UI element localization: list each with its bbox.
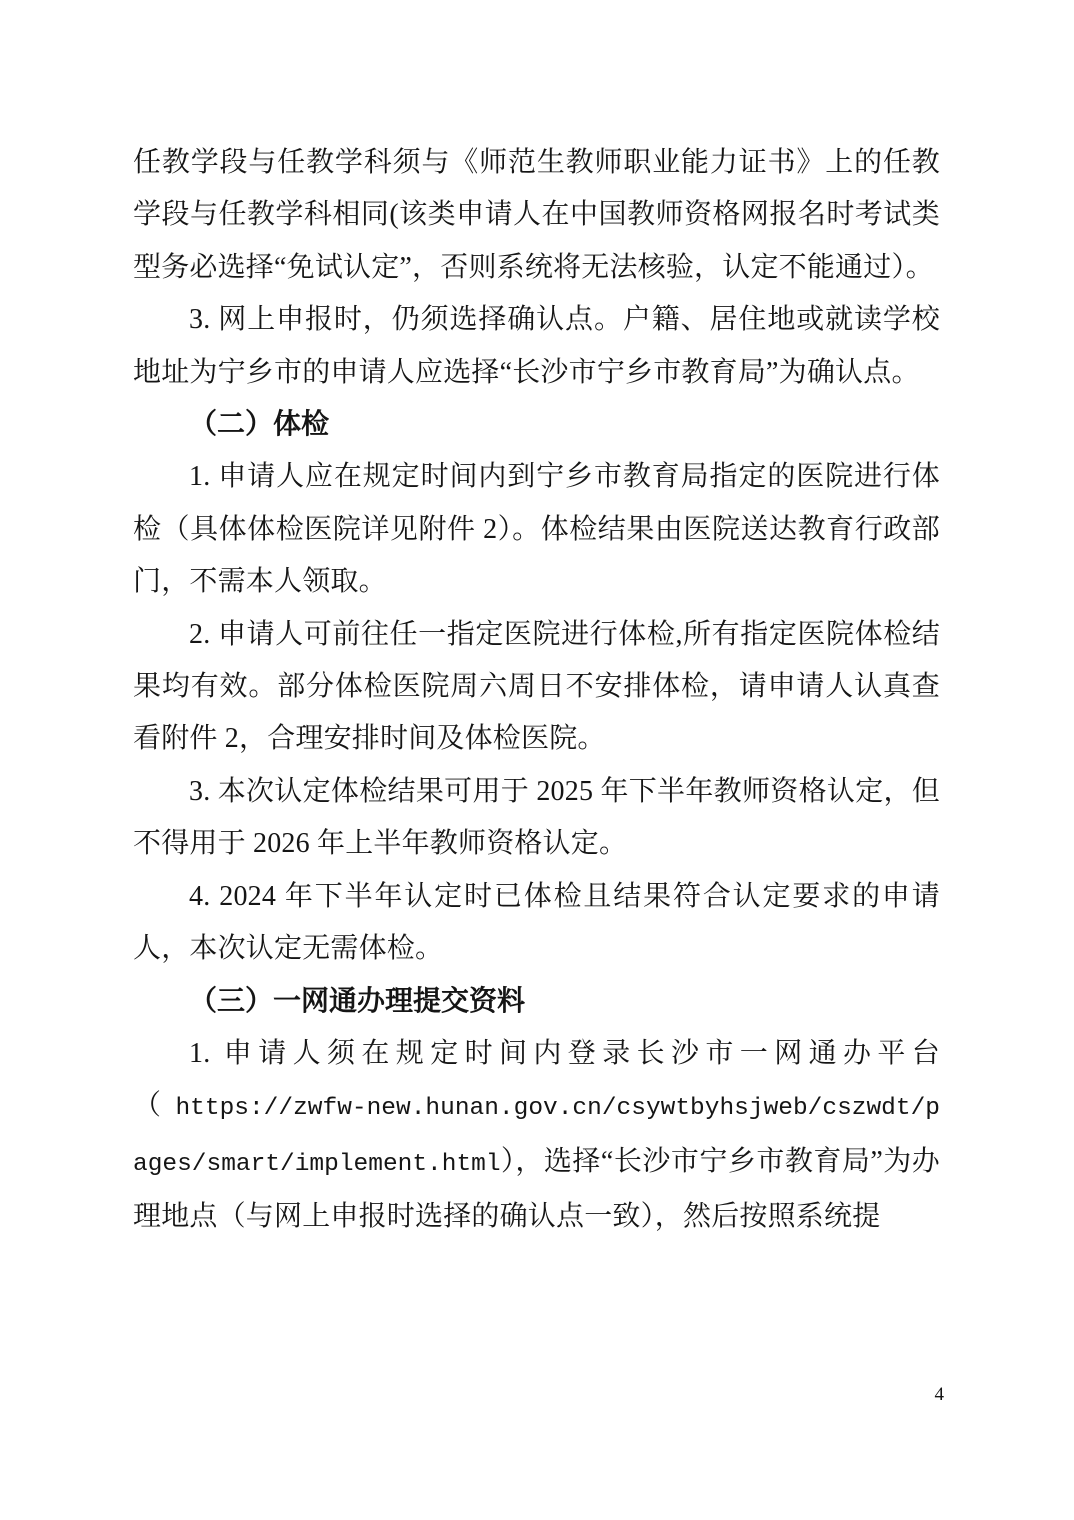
para-2024-exam-exemption: 4. 2024 年下半年认定时已体检且结果符合认定要求的申请人，本次认定无需体检… — [133, 871, 940, 976]
para-yiwangtong-platform: 1. 申请人须在规定时间内登录长沙市一网通办平台（https://zwfw-ne… — [133, 1028, 940, 1244]
para-any-designated-hospital: 2. 申请人可前往任一指定医院进行体检,所有指定医院体检结果均有效。部分体检医院… — [133, 609, 940, 766]
document-page: 任教学段与任教学科须与《师范生教师职业能力证书》上的任教学段与任教学科相同(该类… — [0, 0, 1074, 1520]
url-open-paren: （ — [133, 1090, 175, 1121]
document-body: 任教学段与任教学科须与《师范生教师职业能力证书》上的任教学段与任教学科相同(该类… — [133, 137, 940, 1244]
para-exam-result-validity: 3. 本次认定体检结果可用于 2025 年下半年教师资格认定，但不得用于 202… — [133, 766, 940, 871]
para-online-application-confirm-point: 3. 网上申报时，仍须选择确认点。户籍、居住地或就读学校地址为宁乡市的申请人应选… — [133, 294, 940, 399]
para-designated-hospital-exam: 1. 申请人应在规定时间内到宁乡市教育局指定的医院进行体检（具体体检医院详见附件… — [133, 451, 940, 608]
heading-section-3-submit-materials: （三）一网通办理提交资料 — [133, 976, 940, 1028]
heading-section-2-physical-exam: （二）体检 — [133, 399, 940, 451]
para-certificate-subject-match: 任教学段与任教学科须与《师范生教师职业能力证书》上的任教学段与任教学科相同(该类… — [133, 137, 940, 294]
para-yiwangtong-lead: 1. 申请人须在规定时间内登录长沙市一网通办平台 — [133, 1028, 940, 1080]
page-number: 4 — [935, 1383, 945, 1407]
